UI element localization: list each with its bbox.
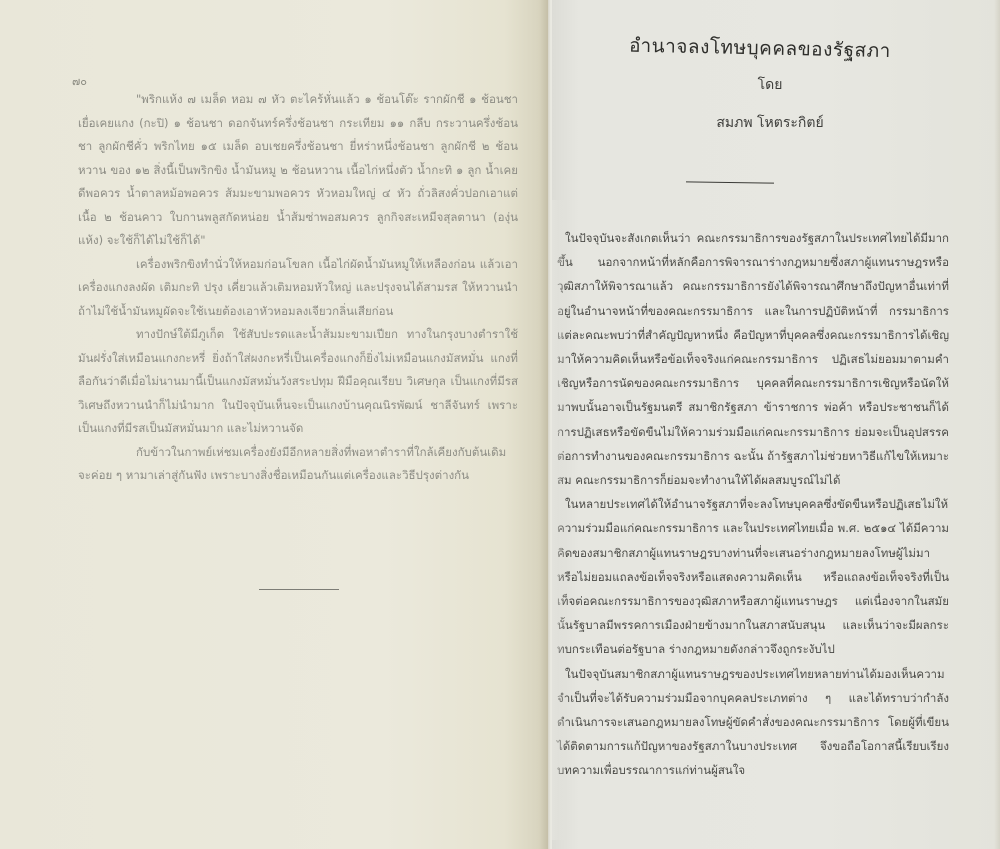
author-name: สมภพ โหตระกิตย์ [620, 112, 920, 134]
paragraph: ในปัจจุบันจะสังเกตเห็นว่า คณะกรรมาธิการข… [557, 226, 949, 492]
paragraph: ในหลายประเทศได้ให้อำนาจรัฐสภาที่จะลงโทษบ… [557, 492, 949, 661]
page-edge-shadow [994, 0, 1000, 849]
section-end-rule [259, 589, 339, 590]
paragraph: กับข้าวในกาพย์เห่ชมเครื่องยังมีอีกหลายสิ… [78, 441, 518, 488]
paragraph: "พริกแห้ง ๗ เมล็ด หอม ๗ หัว ตะไคร้หั่นแล… [78, 88, 518, 253]
left-page-body: "พริกแห้ง ๗ เมล็ด หอม ๗ หัว ตะไคร้หั่นแล… [78, 88, 518, 488]
paragraph: ในปัจจุบันสมาชิกสภาผู้แทนราษฎรของประเทศไ… [557, 662, 949, 783]
paragraph: เครื่องพริกขิงทำนั่วให้หอมก่อนโขลก เนื้อ… [78, 253, 518, 324]
article-title: อำนาจลงโทษบุคคลของรัฐสภา [600, 30, 921, 67]
article-heading: อำนาจลงโทษบุคคลของรัฐสภา โดย สมภพ โหตระก… [600, 30, 920, 134]
right-page-body: ในปัจจุบันจะสังเกตเห็นว่า คณะกรรมาธิการข… [557, 226, 949, 783]
by-label: โดย [620, 74, 920, 96]
paragraph: ทางปักษ์ใต้มีภูเก็ต ใช้สับปะรดและน้ำส้มม… [78, 323, 518, 441]
left-page: ๗๐ "พริกแห้ง ๗ เมล็ด หอม ๗ หัว ตะไคร้หั่… [0, 0, 548, 849]
book-spread: ๗๐ "พริกแห้ง ๗ เมล็ด หอม ๗ หัว ตะไคร้หั่… [0, 0, 1000, 849]
